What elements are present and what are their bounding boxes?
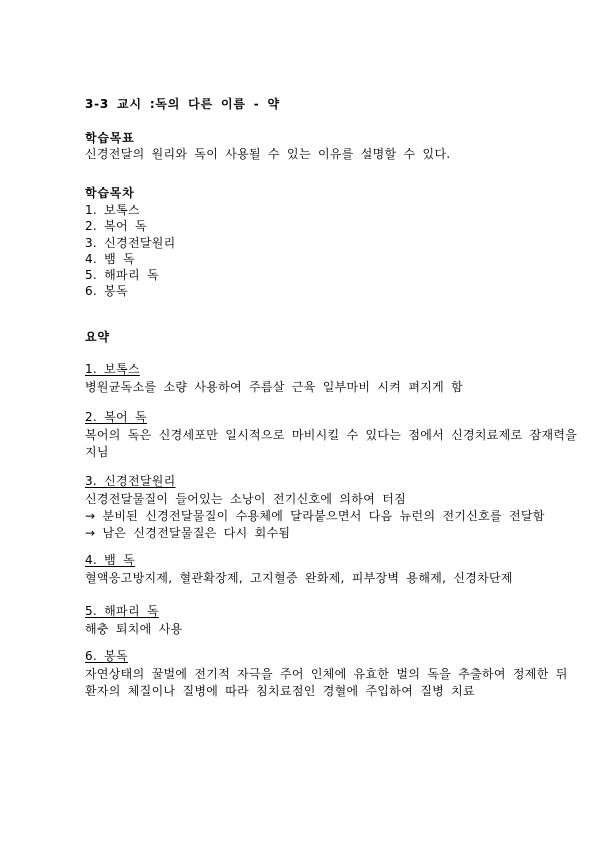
document-body: 3-3 교시 :독의 다른 이름 - 약 학습목표 신경전달의 원리와 독이 사…: [0, 0, 595, 700]
toc-list: 1. 보톡스 2. 복어 독 3. 신경전달원리 4. 뱀 독 5. 해파리 독…: [85, 202, 537, 300]
summary-section-body: 병원균독소를 소량 사용하여 주름살 근육 일부마비 시켜 펴지게 함: [85, 379, 537, 396]
summary-section-title: 3. 신경전달원리: [85, 474, 537, 488]
heading-toc: 학습목차: [85, 186, 537, 200]
summary-section-body: 해충 퇴치에 사용: [85, 621, 537, 638]
summary-text-line: 신경전달물질이 들어있는 소낭이 전기신호에 의하여 터짐: [85, 491, 537, 508]
summary-section-body: 신경전달물질이 들어있는 소낭이 전기신호에 의하여 터짐 → 분비된 신경전달…: [85, 491, 537, 542]
summary-text-line: → 분비된 신경전달물질이 수용체에 달라붙으면서 다음 뉴런의 전기신호를 전…: [85, 508, 537, 525]
summary-section-title: 4. 뱀 독: [85, 553, 537, 567]
heading-learning-goal: 학습목표: [85, 131, 537, 145]
toc-item: 3. 신경전달원리: [85, 235, 537, 251]
summary-text-line: 혈액응고방지제, 혈관확장제, 고지혈증 완화제, 피부장벽 용해제, 신경차단…: [85, 570, 537, 587]
learning-goal-text: 신경전달의 원리와 독이 사용될 수 있는 이유를 설명할 수 있다.: [85, 147, 537, 161]
summary-section-title: 2. 복어 독: [85, 410, 537, 424]
summary-section-snake: 4. 뱀 독 혈액응고방지제, 혈관확장제, 고지혈증 완화제, 피부장벽 용해…: [85, 553, 537, 587]
toc-item: 1. 보톡스: [85, 202, 537, 218]
summary-section-pufferfish: 2. 복어 독 복어의 독은 신경세포만 일시적으로 마비시킬 수 있다는 점에…: [85, 410, 537, 461]
summary-section-title: 5. 해파리 독: [85, 604, 537, 618]
summary-section-jellyfish: 5. 해파리 독 해충 퇴치에 사용: [85, 604, 537, 638]
page-title: 3-3 교시 :독의 다른 이름 - 약: [85, 97, 537, 111]
summary-section-title: 6. 봉독: [85, 649, 537, 663]
summary-section-body: 자연상태의 꿀벌에 전기적 자극을 주어 인체에 유효한 벌의 독을 추출하여 …: [85, 666, 537, 700]
toc-item: 2. 복어 독: [85, 218, 537, 234]
heading-summary: 요약: [85, 330, 537, 344]
document-page: 3-3 교시 :독의 다른 이름 - 약 학습목표 신경전달의 원리와 독이 사…: [0, 0, 595, 841]
toc-item: 4. 뱀 독: [85, 251, 537, 267]
summary-text-line: 해충 퇴치에 사용: [85, 621, 537, 638]
toc-item: 6. 봉독: [85, 283, 537, 299]
summary-section-body: 복어의 독은 신경세포만 일시적으로 마비시킬 수 있다는 점에서 신경치료제로…: [85, 427, 537, 461]
summary-section-neurotransmission: 3. 신경전달원리 신경전달물질이 들어있는 소낭이 전기신호에 의하여 터짐 …: [85, 474, 537, 542]
summary-section-bee-venom: 6. 봉독 자연상태의 꿀벌에 전기적 자극을 주어 인체에 유효한 벌의 독을…: [85, 649, 537, 700]
summary-text-line: 지님: [85, 444, 537, 461]
toc-item: 5. 해파리 독: [85, 267, 537, 283]
summary-text-line: 복어의 독은 신경세포만 일시적으로 마비시킬 수 있다는 점에서 신경치료제로…: [85, 427, 537, 444]
summary-text-line: 병원균독소를 소량 사용하여 주름살 근육 일부마비 시켜 펴지게 함: [85, 379, 537, 396]
summary-text-line: 자연상태의 꿀벌에 전기적 자극을 주어 인체에 유효한 벌의 독을 추출하여 …: [85, 666, 537, 683]
summary-section-botox: 1. 보톡스 병원균독소를 소량 사용하여 주름살 근육 일부마비 시켜 펴지게…: [85, 362, 537, 396]
summary-text-line: → 남은 신경전달물질은 다시 회수됨: [85, 525, 537, 542]
summary-section-title: 1. 보톡스: [85, 362, 537, 376]
summary-text-line: 환자의 체질이나 질병에 따라 침치료점인 경혈에 주입하여 질병 치료: [85, 683, 537, 700]
summary-section-body: 혈액응고방지제, 혈관확장제, 고지혈증 완화제, 피부장벽 용해제, 신경차단…: [85, 570, 537, 587]
